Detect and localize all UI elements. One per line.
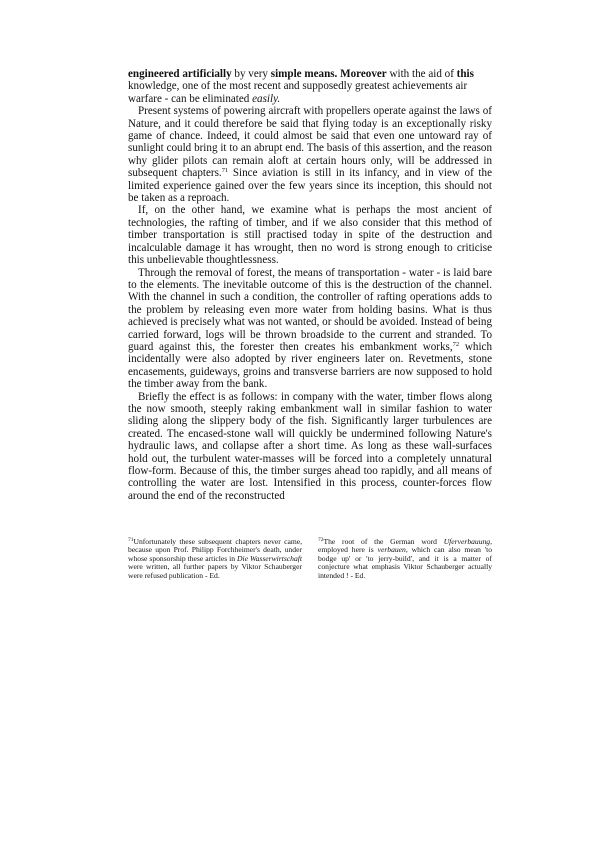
- bold-text: engineered artificially: [128, 68, 232, 80]
- document-page: engineered artificially by very simple m…: [128, 68, 492, 502]
- footnote-71: 71Unfortunately these subsequent chapter…: [128, 538, 302, 580]
- paragraph-effect: Briefly the effect is as follows: in com…: [128, 391, 492, 503]
- paragraph-aviation: Present systems of powering aircraft wit…: [128, 105, 492, 204]
- text-run: were written, all further papers by Vikt…: [128, 562, 302, 579]
- body-text: engineered artificially by very simple m…: [128, 68, 492, 502]
- footnotes: 71Unfortunately these subsequent chapter…: [128, 538, 492, 580]
- text-run: Through the removal of forest, the means…: [128, 267, 492, 353]
- paragraph-timber-rafting: If, on the other hand, we examine what i…: [128, 204, 492, 266]
- text-run: with the aid of: [387, 68, 457, 80]
- paragraph-forest-removal: Through the removal of forest, the means…: [128, 267, 492, 391]
- bold-text: this: [457, 68, 474, 80]
- paragraph-intro: engineered artificially by very simple m…: [128, 68, 492, 105]
- text-run: by very: [232, 68, 271, 80]
- footnote-72: 72The root of the German word Uferverbau…: [318, 538, 492, 580]
- text-run: knowledge, one of the most recent and su…: [128, 80, 467, 104]
- italic-text: easily.: [252, 93, 280, 105]
- bold-text: simple means. Moreover: [271, 68, 387, 80]
